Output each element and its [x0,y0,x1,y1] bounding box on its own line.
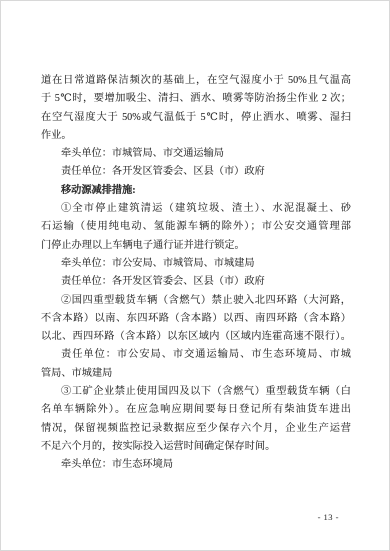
text-line-08: ①全市停止建筑清运（建筑垃圾、渣土）、水泥混凝土、砂 [41,200,351,218]
document-page: 道在日常道路保洁频次的基础上，在空气湿度小于 50%且气温高 于 5℃时，要增加… [0,0,390,551]
page-number: - 13 - [318,512,339,522]
text-line-04: 作业。 [41,127,351,145]
text-line-21: 不足六个月的，按实际投入运营时间确定保存时间。 [41,438,351,456]
text-line-01: 道在日常道路保洁频次的基础上，在空气湿度小于 50%且气温高 [41,72,351,90]
section-heading-mobile-source: 移动源减排措施: [41,182,351,200]
responsible-unit-line-1: 责任单位：各开发区管委会、区县（市）政府 [41,163,351,181]
text-line-14: 不含本路）以南、东四环路（含本路）以西、南四环路（含本路） [41,310,351,328]
document-body: 道在日常道路保洁频次的基础上，在空气湿度小于 50%且气温高 于 5℃时，要增加… [41,72,351,475]
lead-unit-line-2: 牵头单位：市公安局、市城管局、市城建局 [41,255,351,273]
lead-unit-line-3: 牵头单位：市生态环境局 [41,456,351,474]
text-line-17: 管局、市城建局 [41,365,351,383]
text-line-02: 于 5℃时，要增加吸尘、清扫、洒水、喷雾等防治扬尘作业 2 次； [41,90,351,108]
responsible-unit-line-2: 责任单位：各开发区管委会、区县（市）政府 [41,273,351,291]
responsible-unit-line-3: 责任单位：市公安局、市交通运输局、市生态环境局、市城 [41,346,351,364]
text-line-13: ②国四重型载货车辆（含燃气）禁止驶入北四环路（大河路， [41,292,351,310]
lead-unit-line-1: 牵头单位：市城管局、市交通运输局 [41,145,351,163]
text-line-10: 门停止办理以上车辆电子通行证并进行锁定。 [41,237,351,255]
text-line-20: 情况，保留视频监控记录数据应至少保存六个月，企业生产运营 [41,420,351,438]
text-line-03: 在空气湿度大于 50%或气温低于 5℃时，停止洒水、喷雾、湿扫 [41,109,351,127]
text-line-15: 以北、西四环路（含本路）以东区域内（区域内连霍高速不限行）。 [41,328,351,346]
text-line-18: ③工矿企业禁止使用国四及以下（含燃气）重型载货车辆（白 [41,383,351,401]
text-line-19: 名单车辆除外）。在应急响应期间要每日登记所有柴油货车进出 [41,401,351,419]
text-line-09: 石运输（使用纯电动、氢能源车辆的除外）；市公安交通管理部 [41,218,351,236]
